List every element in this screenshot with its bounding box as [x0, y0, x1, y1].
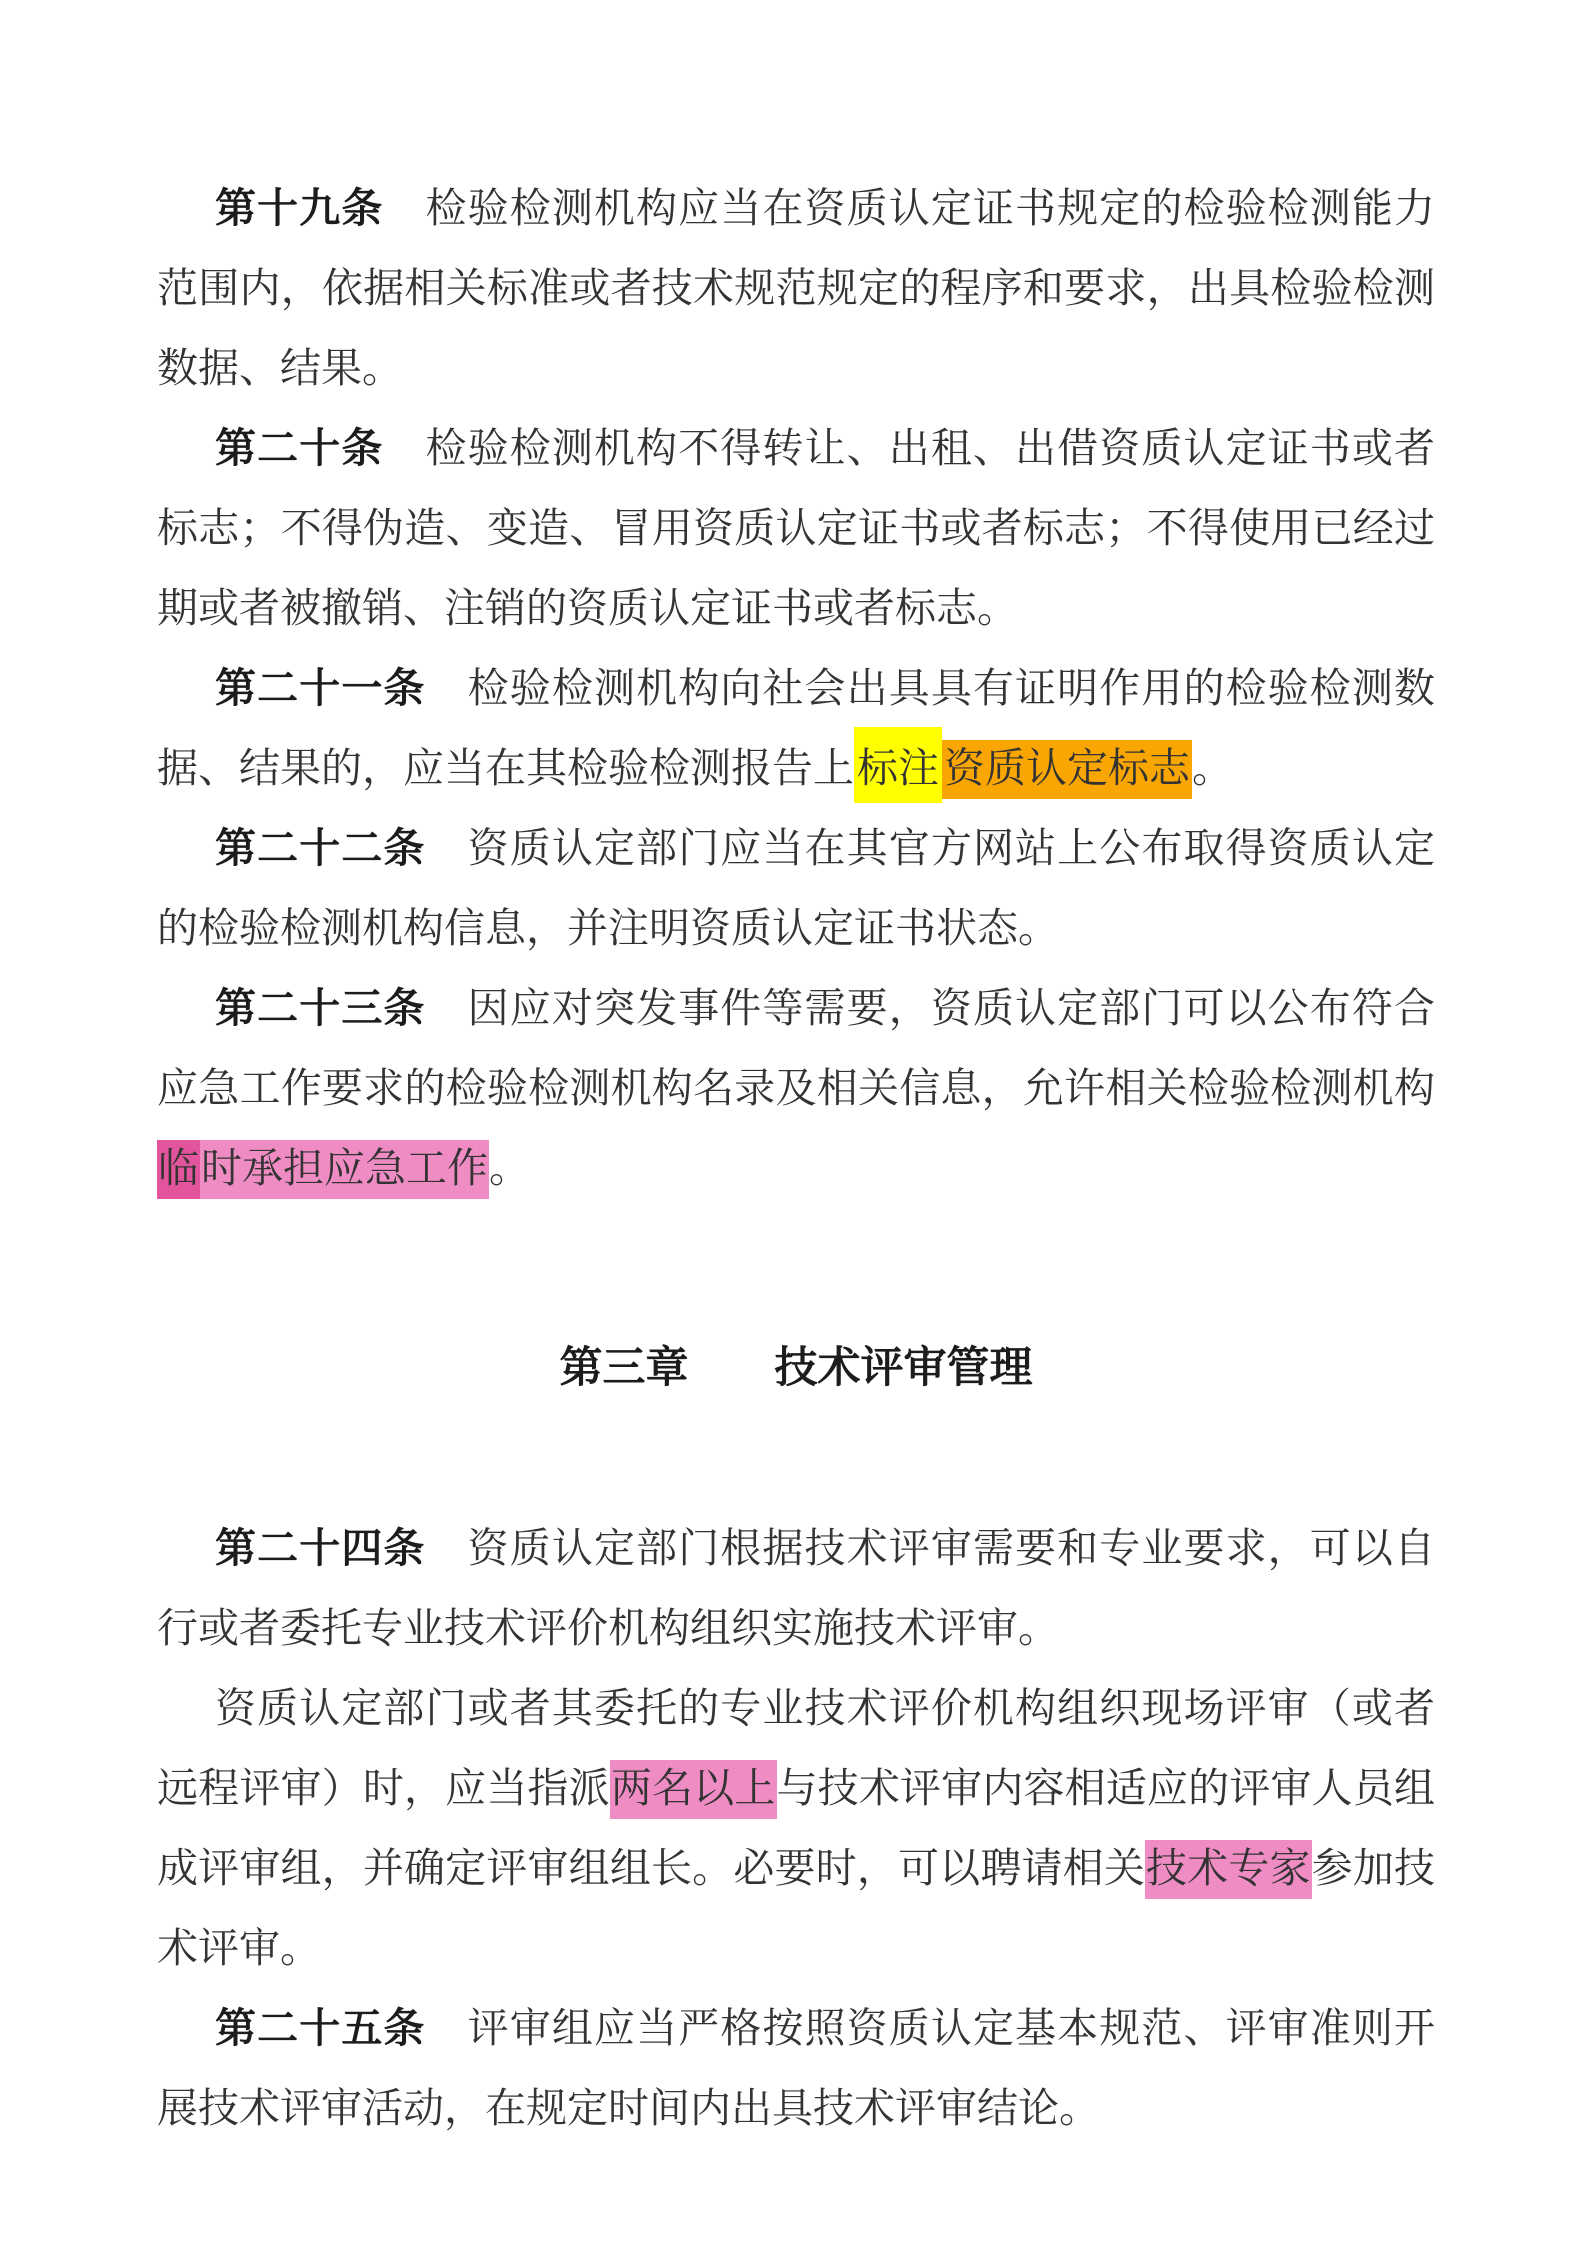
highlight-yellow: 标注: [854, 727, 942, 803]
article-number: 第十九条: [215, 185, 383, 231]
paragraph: 第十九条 检验检测机构应当在资质认定证书规定的检验检测能力范围内，依据相关标准或…: [157, 168, 1435, 408]
article-number: 第二十一条: [215, 665, 426, 711]
body-text: 。: [489, 1145, 530, 1191]
document-page: { "page": { "background": "#ffffff", "te…: [0, 0, 1587, 2245]
article-number: 第二十条: [215, 425, 383, 471]
highlight-pink: 技术专家: [1145, 1840, 1312, 1899]
highlight-pink-dark: 临: [157, 1140, 200, 1199]
paragraph: 第二十四条 资质认定部门根据技术评审需要和专业要求，可以自行或者委托专业技术评价…: [157, 1508, 1435, 1668]
article-number: 第二十三条: [215, 985, 426, 1031]
highlight-orange: 资质认定标志: [942, 740, 1192, 799]
paragraph: 第二十条 检验检测机构不得转让、出租、出借资质认定证书或者标志；不得伪造、变造、…: [157, 408, 1435, 648]
article-number: 第二十四条: [215, 1525, 426, 1571]
body-text: 。: [1192, 745, 1233, 791]
article-number: 第二十五条: [215, 2005, 426, 2051]
highlight-pink: 时承担应急工作: [200, 1140, 489, 1199]
document-body: 第十九条 检验检测机构应当在资质认定证书规定的检验检测能力范围内，依据相关标准或…: [157, 0, 1435, 2148]
chapter-heading: 第三章 技术评审管理: [157, 1328, 1435, 1408]
paragraph: 第二十三条 因应对突发事件等需要，资质认定部门可以公布符合应急工作要求的检验检测…: [157, 968, 1435, 1208]
paragraph: 资质认定部门或者其委托的专业技术评价机构组织现场评审（或者远程评审）时，应当指派…: [157, 1668, 1435, 1988]
paragraph: 第二十二条 资质认定部门应当在其官方网站上公布取得资质认定的检验检测机构信息，并…: [157, 808, 1435, 968]
chapter-title: 第三章 技术评审管理: [560, 1344, 1033, 1392]
paragraph: 第二十五条 评审组应当严格按照资质认定基本规范、评审准则开展技术评审活动，在规定…: [157, 1988, 1435, 2148]
paragraph: 第二十一条 检验检测机构向社会出具具有证明作用的检验检测数据、结果的，应当在其检…: [157, 648, 1435, 808]
article-number: 第二十二条: [215, 825, 426, 871]
highlight-pink: 两名以上: [610, 1760, 777, 1819]
